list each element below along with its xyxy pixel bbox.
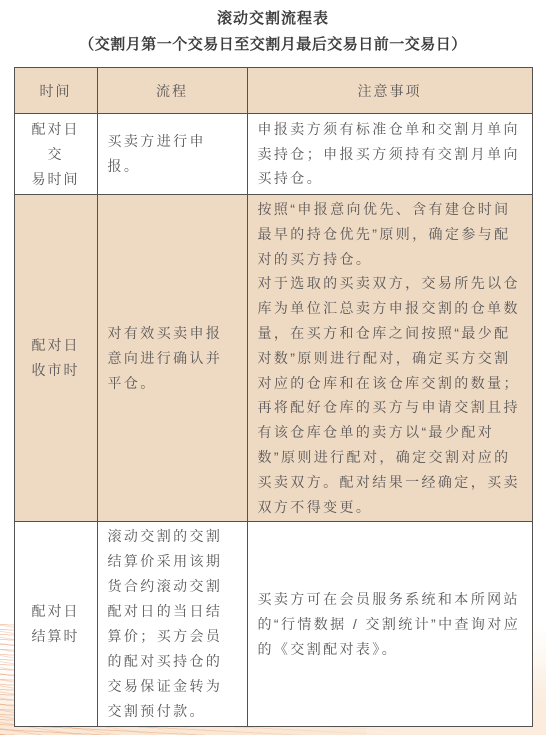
header-time: 时间 bbox=[14, 68, 97, 114]
table-body: 配对日 交 易时间 买卖方进行申报。 申报卖方须有标准仓单和交割月单向卖持仓；申… bbox=[14, 114, 532, 727]
page-title: 滚动交割流程表 bbox=[0, 9, 546, 28]
cell-time-2: 配对日 结算时 bbox=[14, 522, 97, 727]
cell-notes-0: 申报卖方须有标准仓单和交割月单向卖持仓；申报买方须持有交割月单向买持仓。 bbox=[247, 114, 532, 195]
cell-notes-1: 按照“申报意向优先、含有建仓时间最早的持仓优先”原则，确定参与配对的买方持仓。 … bbox=[247, 195, 532, 522]
cell-notes-2: 买卖方可在会员服务系统和本所网站的“行情数据 / 交割统计”中查询对应的《交割配… bbox=[247, 522, 532, 727]
table-row-pairing-day-trading-hours: 配对日 交 易时间 买卖方进行申报。 申报卖方须有标准仓单和交割月单向卖持仓；申… bbox=[14, 114, 532, 195]
cell-process-0: 买卖方进行申报。 bbox=[97, 114, 247, 195]
cell-time-0: 配对日 交 易时间 bbox=[14, 114, 97, 195]
page-subtitle: （交割月第一个交易日至交割月最后交易日前一交易日） bbox=[0, 35, 546, 54]
cell-process-1: 对有效买卖申报意向进行确认并平仓。 bbox=[97, 195, 247, 522]
table-header-row: 时间 流程 注意事项 bbox=[14, 68, 532, 114]
cell-process-2: 滚动交割的交割结算价采用该期货合约滚动交割配对日的当日结算价；买方会员的配对买持… bbox=[97, 522, 247, 727]
rolling-delivery-flow-table: 时间 流程 注意事项 配对日 交 易时间 买卖方进行申报。 申报卖方须有标准仓单… bbox=[14, 67, 533, 727]
header-process: 流程 bbox=[97, 68, 247, 114]
table-row-pairing-day-settlement: 配对日 结算时 滚动交割的交割结算价采用该期货合约滚动交割配对日的当日结算价；买… bbox=[14, 522, 532, 727]
table-row-pairing-day-market-close: 配对日 收市时 对有效买卖申报意向进行确认并平仓。 按照“申报意向优先、含有建仓… bbox=[14, 195, 532, 522]
header-notes: 注意事项 bbox=[247, 68, 532, 114]
table-head: 时间 流程 注意事项 bbox=[14, 68, 532, 114]
cell-time-1: 配对日 收市时 bbox=[14, 195, 97, 522]
